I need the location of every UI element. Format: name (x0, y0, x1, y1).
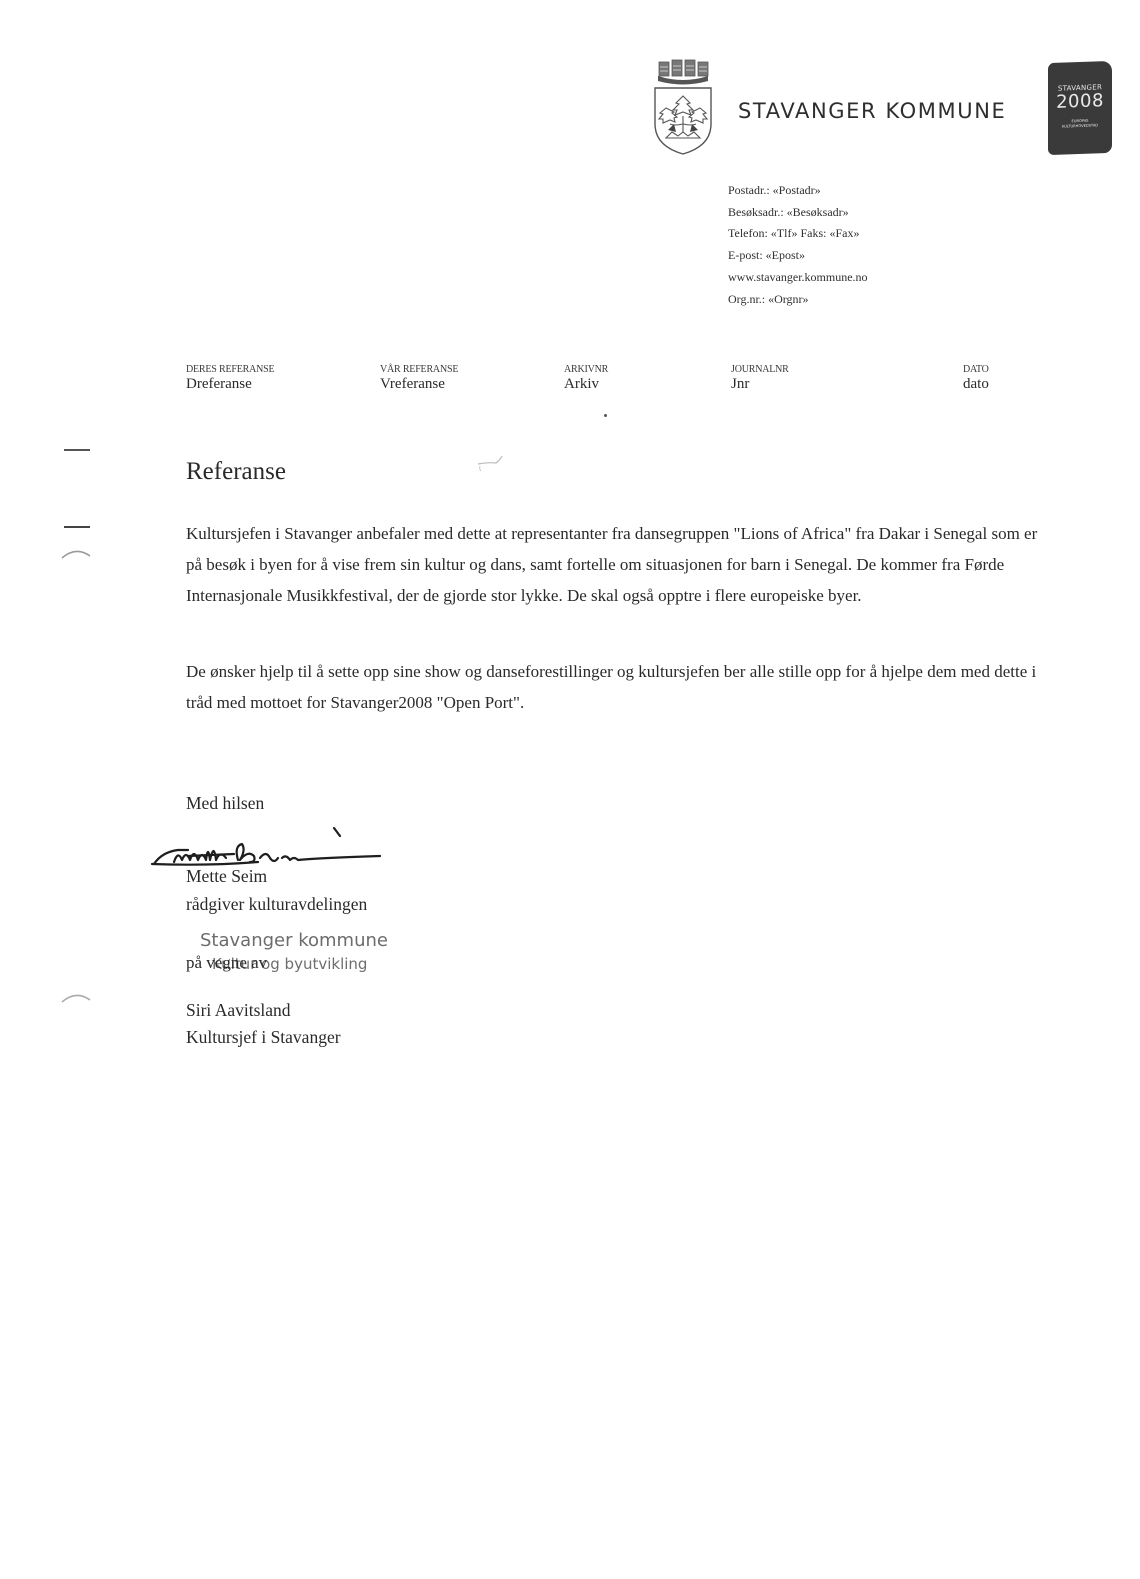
our-reference: VÅR REFERANSE Vreferanse (380, 364, 458, 393)
stamp-organization: Stavanger kommune (200, 930, 388, 951)
ref-value: Dreferanse (186, 376, 274, 393)
on-behalf-of: på vegne av (186, 953, 267, 973)
website-link[interactable]: www.stavanger.kommune.no (728, 267, 868, 289)
body-paragraph: Kultursjefen i Stavanger anbefaler med d… (186, 518, 1046, 611)
coat-of-arms-icon (648, 58, 718, 156)
ref-label: VÅR REFERANSE (380, 364, 458, 375)
email: E-post: «Epost» (728, 245, 868, 267)
ref-label: DERES REFERANSE (186, 364, 274, 375)
ref-label: ARKIVNR (564, 364, 608, 375)
scan-speck (604, 414, 607, 417)
body-paragraph: De ønsker hjelp til å sette opp sine sho… (186, 656, 1046, 718)
punch-hole-arc-icon (60, 546, 94, 560)
fold-mark (64, 526, 90, 528)
fold-mark (64, 449, 90, 451)
badge-subtitle: EUROPAS KULTURHOVEDSTAD (1048, 118, 1112, 129)
organization-name: STAVANGER KOMMUNE (738, 99, 1006, 123)
document-title: Referanse (186, 458, 286, 486)
ref-label: DATO (963, 364, 989, 375)
postal-address: Postadr.: «Postadr» (728, 180, 868, 202)
ref-value: Jnr (731, 376, 789, 393)
badge-year: 2008 (1048, 92, 1112, 112)
journal-number: JOURNALNR Jnr (731, 364, 789, 393)
visiting-address: Besøksadr.: «Besøksadr» (728, 202, 868, 224)
signer-role: rådgiver kulturavdelingen (186, 894, 367, 915)
date: DATO dato (963, 364, 989, 393)
signature-icon (148, 820, 388, 876)
chief-name: Siri Aavitsland (186, 1000, 291, 1021)
ref-value: Vreferanse (380, 376, 458, 393)
ref-value: dato (963, 376, 989, 393)
chief-title: Kultursjef i Stavanger (186, 1027, 341, 1048)
org-number: Org.nr.: «Orgnr» (728, 289, 868, 311)
stavanger-2008-badge: STAVANGER 2008 EUROPAS KULTURHOVEDSTAD (1048, 61, 1112, 155)
signer-name: Mette Seim (186, 866, 267, 887)
pen-mark-icon (470, 450, 510, 472)
ref-label: JOURNALNR (731, 364, 789, 375)
punch-hole-arc-icon (60, 990, 94, 1004)
phone-fax: Telefon: «Tlf» Faks: «Fax» (728, 223, 868, 245)
closing-greeting: Med hilsen (186, 793, 264, 814)
your-reference: DERES REFERANSE Dreferanse (186, 364, 274, 393)
archive-number: ARKIVNR Arkiv (564, 364, 608, 393)
contact-block: Postadr.: «Postadr» Besøksadr.: «Besøksa… (728, 180, 868, 310)
ref-value: Arkiv (564, 376, 608, 393)
